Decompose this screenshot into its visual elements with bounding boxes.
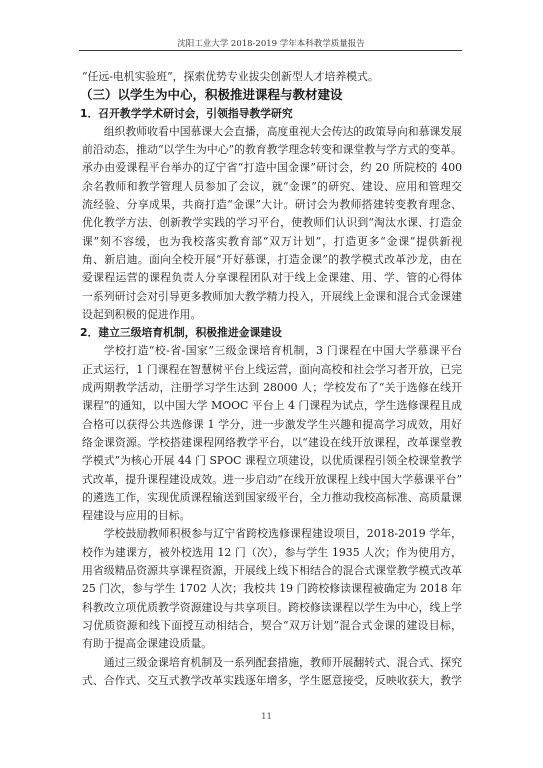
paragraph: 通过三级金课培育机制及一系列配套措施，教师开展翻转式、混合式、探究 式、合作式、…: [82, 654, 462, 691]
body-text-line: 前沿动态，推动“以学生为中心”的教育教学理念转变和课堂教与学方式的变革。: [82, 141, 462, 159]
body-text-line: 设起到积极的促进作用。: [82, 306, 462, 324]
body-text-line: 成两期教学活动，注册学习学生达到 28000 人；学校发布了“关于选修在线开放: [82, 379, 462, 397]
body-text-line: 余名教师和教学管理人员参加了会议，就“金课”的研究、建设、应用和管理交: [82, 178, 462, 196]
body-text-line: 程建设与应用的目标。: [82, 507, 462, 525]
document-page: 沈阳工业大学 2018-2019 学年本科教学质量报告 “任远-电机实验班”，探…: [0, 0, 543, 768]
body-text-line: 学校鼓励教师积极参与辽宁省跨校选修课程建设项目，2018-2019 学年，我: [82, 525, 462, 543]
body-text-line: 课”刻不容缓，也为我校落实教育部“双万计划”，打造更多“金课”提供新视: [82, 233, 462, 251]
subsection-heading: 1．召开教学学术研讨会，引领指导教学研究: [80, 105, 462, 123]
body-text-line: 学模式”为核心开展 44 门 SPOC 课程立项建设，以优质课程引领全校课堂教学…: [82, 452, 462, 470]
body-text-line: 有助于提高金课建设质量。: [82, 635, 462, 653]
running-header: 沈阳工业大学 2018-2019 学年本科教学质量报告: [80, 39, 462, 50]
page-number: 11: [0, 712, 533, 723]
paragraph: 学校鼓励教师积极参与辽宁省跨校选修课程建设项目，2018-2019 学年，我 校…: [82, 525, 462, 653]
body-text-line: 科教改立项优质教学资源建设与共享项目。跨校修读课程以学生为中心，线上学: [82, 599, 462, 617]
body-text-line: 优化教学方法、创新教学实践的学习平台，使教师们认识到“淘汰水课、打造金: [82, 214, 462, 232]
body-text-line: 用省级精品资源共享课程资源，开展线上线下相结合的混合式课堂教学模式改革: [82, 562, 462, 580]
body-text-line: 学校打造“校-省-国家”三级金课培育机制，3 门课程在中国大学慕课平台: [82, 342, 462, 360]
body-text-line: 流经验、分享成果，共商打造“金课”大计。研讨会为教师搭建转变教育理念、: [82, 196, 462, 214]
body-text-line: 式改革，提升课程建设成效。进一步启动“在线开放课程上线中国大学慕课平台”: [82, 471, 462, 489]
body-text-line: 络金课资源。学校搭建课程网络教学平台，以“建设在线开放课程，改革课堂教: [82, 434, 462, 452]
body-text-line: 通过三级金课培育机制及一系列配套措施，教师开展翻转式、混合式、探究: [82, 654, 462, 672]
body-text-line: 爱课程运营的课程负责人分享课程团队对于线上金课建、用、学、管的心得体会。: [82, 269, 462, 287]
body-text-line: 组织教师收看中国慕课大会直播，高度重视大会传达的政策导向和慕课发展: [82, 123, 462, 141]
page-content: “任远-电机实验班”，探索优势专业拔尖创新型人才培养模式。 （三）以学生为中心，…: [82, 68, 462, 690]
body-text-line: 的遴选工作，实现优质课程输送到国家级平台，全力推动我校高标准、高质量课: [82, 489, 462, 507]
section-heading: （三）以学生为中心，积极推进课程与教材建设: [80, 86, 462, 104]
body-text-line: 25 门次，参与学生 1702 人次；我校共 19 门跨校修读课程被确定为 20…: [82, 580, 462, 598]
body-text-line: 式、合作式、交互式教学改革实践逐年增多，学生愿意接受，反映收获大，教学: [82, 672, 462, 690]
paragraph: 组织教师收看中国慕课大会直播，高度重视大会传达的政策导向和慕课发展 前沿动态，推…: [82, 123, 462, 324]
body-text-line: “任远-电机实验班”，探索优势专业拔尖创新型人才培养模式。: [82, 68, 462, 86]
body-text-line: 角、新启迪。面向全校开展“开好慕课，打造金课”的教学模式改革沙龙，由在: [82, 251, 462, 269]
body-text-line: 习优质资源和线下面授互动相结合，契合“双万计划”混合式金课的建设目标，: [82, 617, 462, 635]
paragraph: 学校打造“校-省-国家”三级金课培育机制，3 门课程在中国大学慕课平台 正式运行…: [82, 342, 462, 525]
body-text-line: 合格可以获得公共选修课 1 学分，进一步激发学生兴趣和提高学习成效，用好网: [82, 416, 462, 434]
header-divider: [79, 50, 462, 51]
body-text-line: 正式运行，1 门课程在智慧树平台上线运营，面向高校和社会学习者开放，已完: [82, 361, 462, 379]
body-text-line: 课程”的通知，以中国大学 MOOC 平台上 4 门课程为试点，学生选修课程且成绩: [82, 397, 462, 415]
body-text-line: 校作为建课方，被外校选用 12 门（次），参与学生 1935 人次；作为使用方，…: [82, 544, 462, 562]
body-text-line: 一系列研讨会对引导更多教师加大教学精力投入，开展线上金课和混合式金课建: [82, 288, 462, 306]
subsection-heading: 2．建立三级培育机制，积极推进金课建设: [80, 324, 462, 342]
body-text-line: 承办由爱课程平台举办的辽宁省“打造中国金课”研讨会，约 20 所院校的 400: [82, 159, 462, 177]
